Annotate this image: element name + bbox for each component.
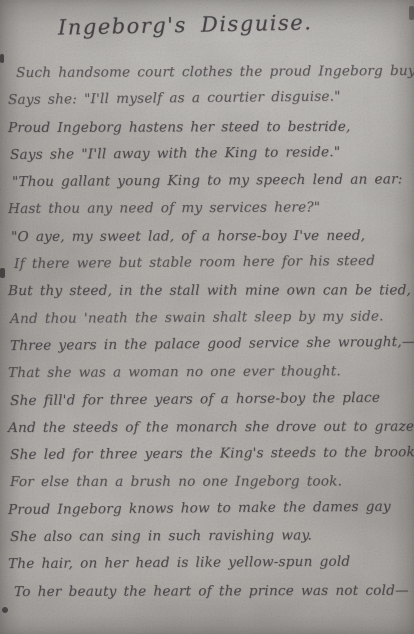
poem-line: She led for three years the King's steed… xyxy=(10,439,410,469)
poem-line: To her beauty the heart of the prince wa… xyxy=(14,577,410,606)
poem-line: That she was a woman no one ever thought… xyxy=(8,358,410,387)
poem-title: Ingeborg's Disguise. xyxy=(58,8,410,39)
poem-line: "O aye, my sweet lad, of a horse-boy I'v… xyxy=(11,222,410,251)
poem-line: And the steeds of the monarch she drove … xyxy=(8,413,410,442)
manuscript-page: Ingeborg's Disguise. Such handsome court… xyxy=(0,0,414,634)
poem-line: But thy steed, in the stall with mine ow… xyxy=(8,278,410,306)
poem-line: Three years in the palace good service s… xyxy=(10,329,410,360)
poem-line: Says she: "I'll myself as a courtier dis… xyxy=(8,83,410,115)
poem-line: She fill'd for three years of a horse-bo… xyxy=(10,384,410,415)
poem-line: For else than a brush no one Ingeborg to… xyxy=(10,469,410,497)
poem-line: Proud Ingeborg knows how to make the dam… xyxy=(8,493,410,524)
poem-line: The hair, on her head is like yellow-spu… xyxy=(8,549,410,579)
poem-line: Hast thou any need of my services here?" xyxy=(8,194,410,223)
poem-line: Says she "I'll away with the King to res… xyxy=(10,138,410,169)
poem-line: She also can sing in such ravishing way. xyxy=(10,522,410,551)
poem-line: If there were but stable room here for h… xyxy=(14,248,410,279)
poem-line: "Thou gallant young King to my speech le… xyxy=(12,166,410,196)
poem-line: Proud Ingeborg hastens her steed to best… xyxy=(8,113,410,142)
poem-body: Ingeborg's Disguise. Such handsome court… xyxy=(0,0,414,634)
